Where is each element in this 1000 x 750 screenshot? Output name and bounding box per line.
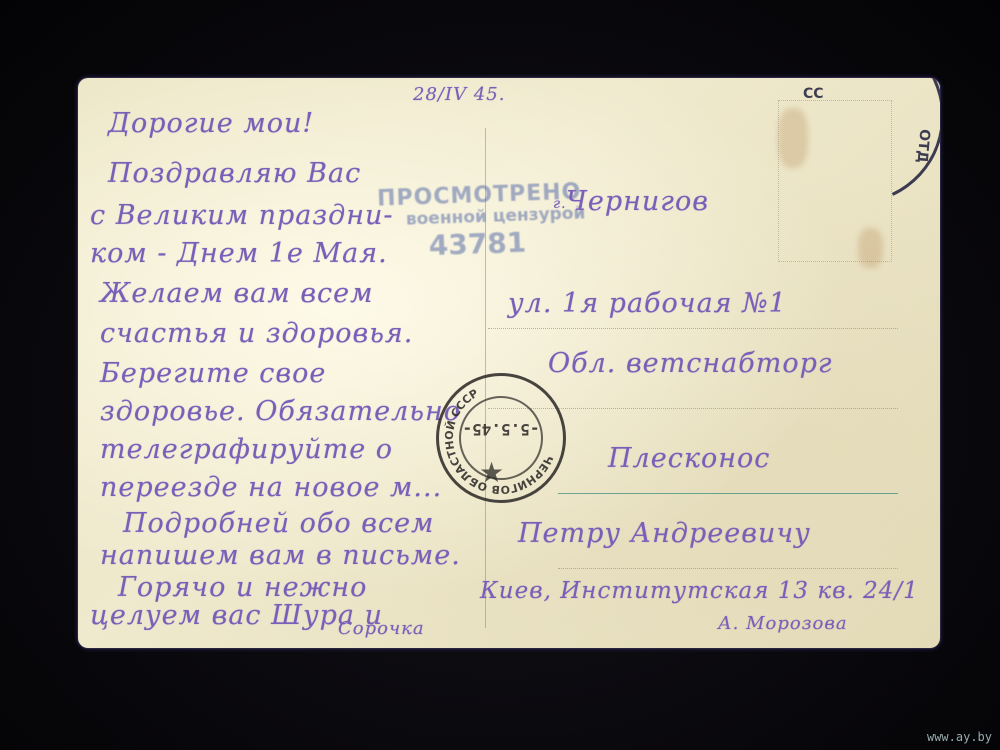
address-street: ул. 1я рабочая №1: [508, 288, 787, 319]
message-line: Горячо и нежно: [118, 572, 367, 603]
postcard: 28/IV 45. Дорогие мои! Поздравляю Вас с …: [78, 78, 940, 648]
message-line: счастья и здоровья.: [100, 318, 413, 349]
watermark: www.ay.by: [927, 730, 992, 744]
postmark-date: -5.5.45-: [457, 420, 545, 439]
city-prefix: г.: [553, 196, 567, 212]
message-line: телеграфируйте о: [100, 434, 393, 465]
message-line: Подробней обо всем: [123, 508, 434, 539]
address-line: [488, 328, 898, 329]
message-line: Сорочка: [338, 618, 425, 639]
message-line: Дорогие мои!: [108, 108, 314, 139]
address-line: [558, 568, 898, 569]
message-line: Поздравляю Вас: [108, 158, 361, 189]
message-line: здоровье. Обязательно: [100, 396, 461, 427]
address-line-green: [558, 493, 898, 494]
sender-name: А. Морозова: [718, 613, 848, 634]
recipient-name: Петру Андреевичу: [518, 518, 811, 549]
message-line: ком - Днем 1е Мая.: [90, 238, 388, 269]
message-line: с Великим праздни-: [90, 200, 394, 231]
postmark-partial-text: СС: [803, 86, 824, 102]
postmark-partial-side: ОТД: [914, 128, 933, 163]
star-icon: ★: [479, 456, 504, 489]
address-city: Чернигов: [566, 186, 709, 217]
recipient-surname: Плесконос: [608, 443, 770, 474]
date-note: 28/IV 45.: [413, 84, 505, 105]
sender-address: Киев, Институтская 13 кв. 24/1: [480, 578, 919, 604]
postmark: ЧЕРНИГОВ ОБЛАСТНОЙ СССР -5.5.45- ★: [436, 373, 566, 503]
message-line: переезде на новое м...: [100, 472, 442, 503]
address-organization: Обл. ветснабторг: [548, 348, 833, 379]
message-line: напишем вам в письме.: [100, 540, 461, 571]
message-line: Желаем вам всем: [100, 278, 374, 309]
message-line: Берегите свое: [100, 358, 326, 389]
censor-stamp: ПРОСМОТРЕНО военной цензурой 43781: [377, 179, 587, 263]
